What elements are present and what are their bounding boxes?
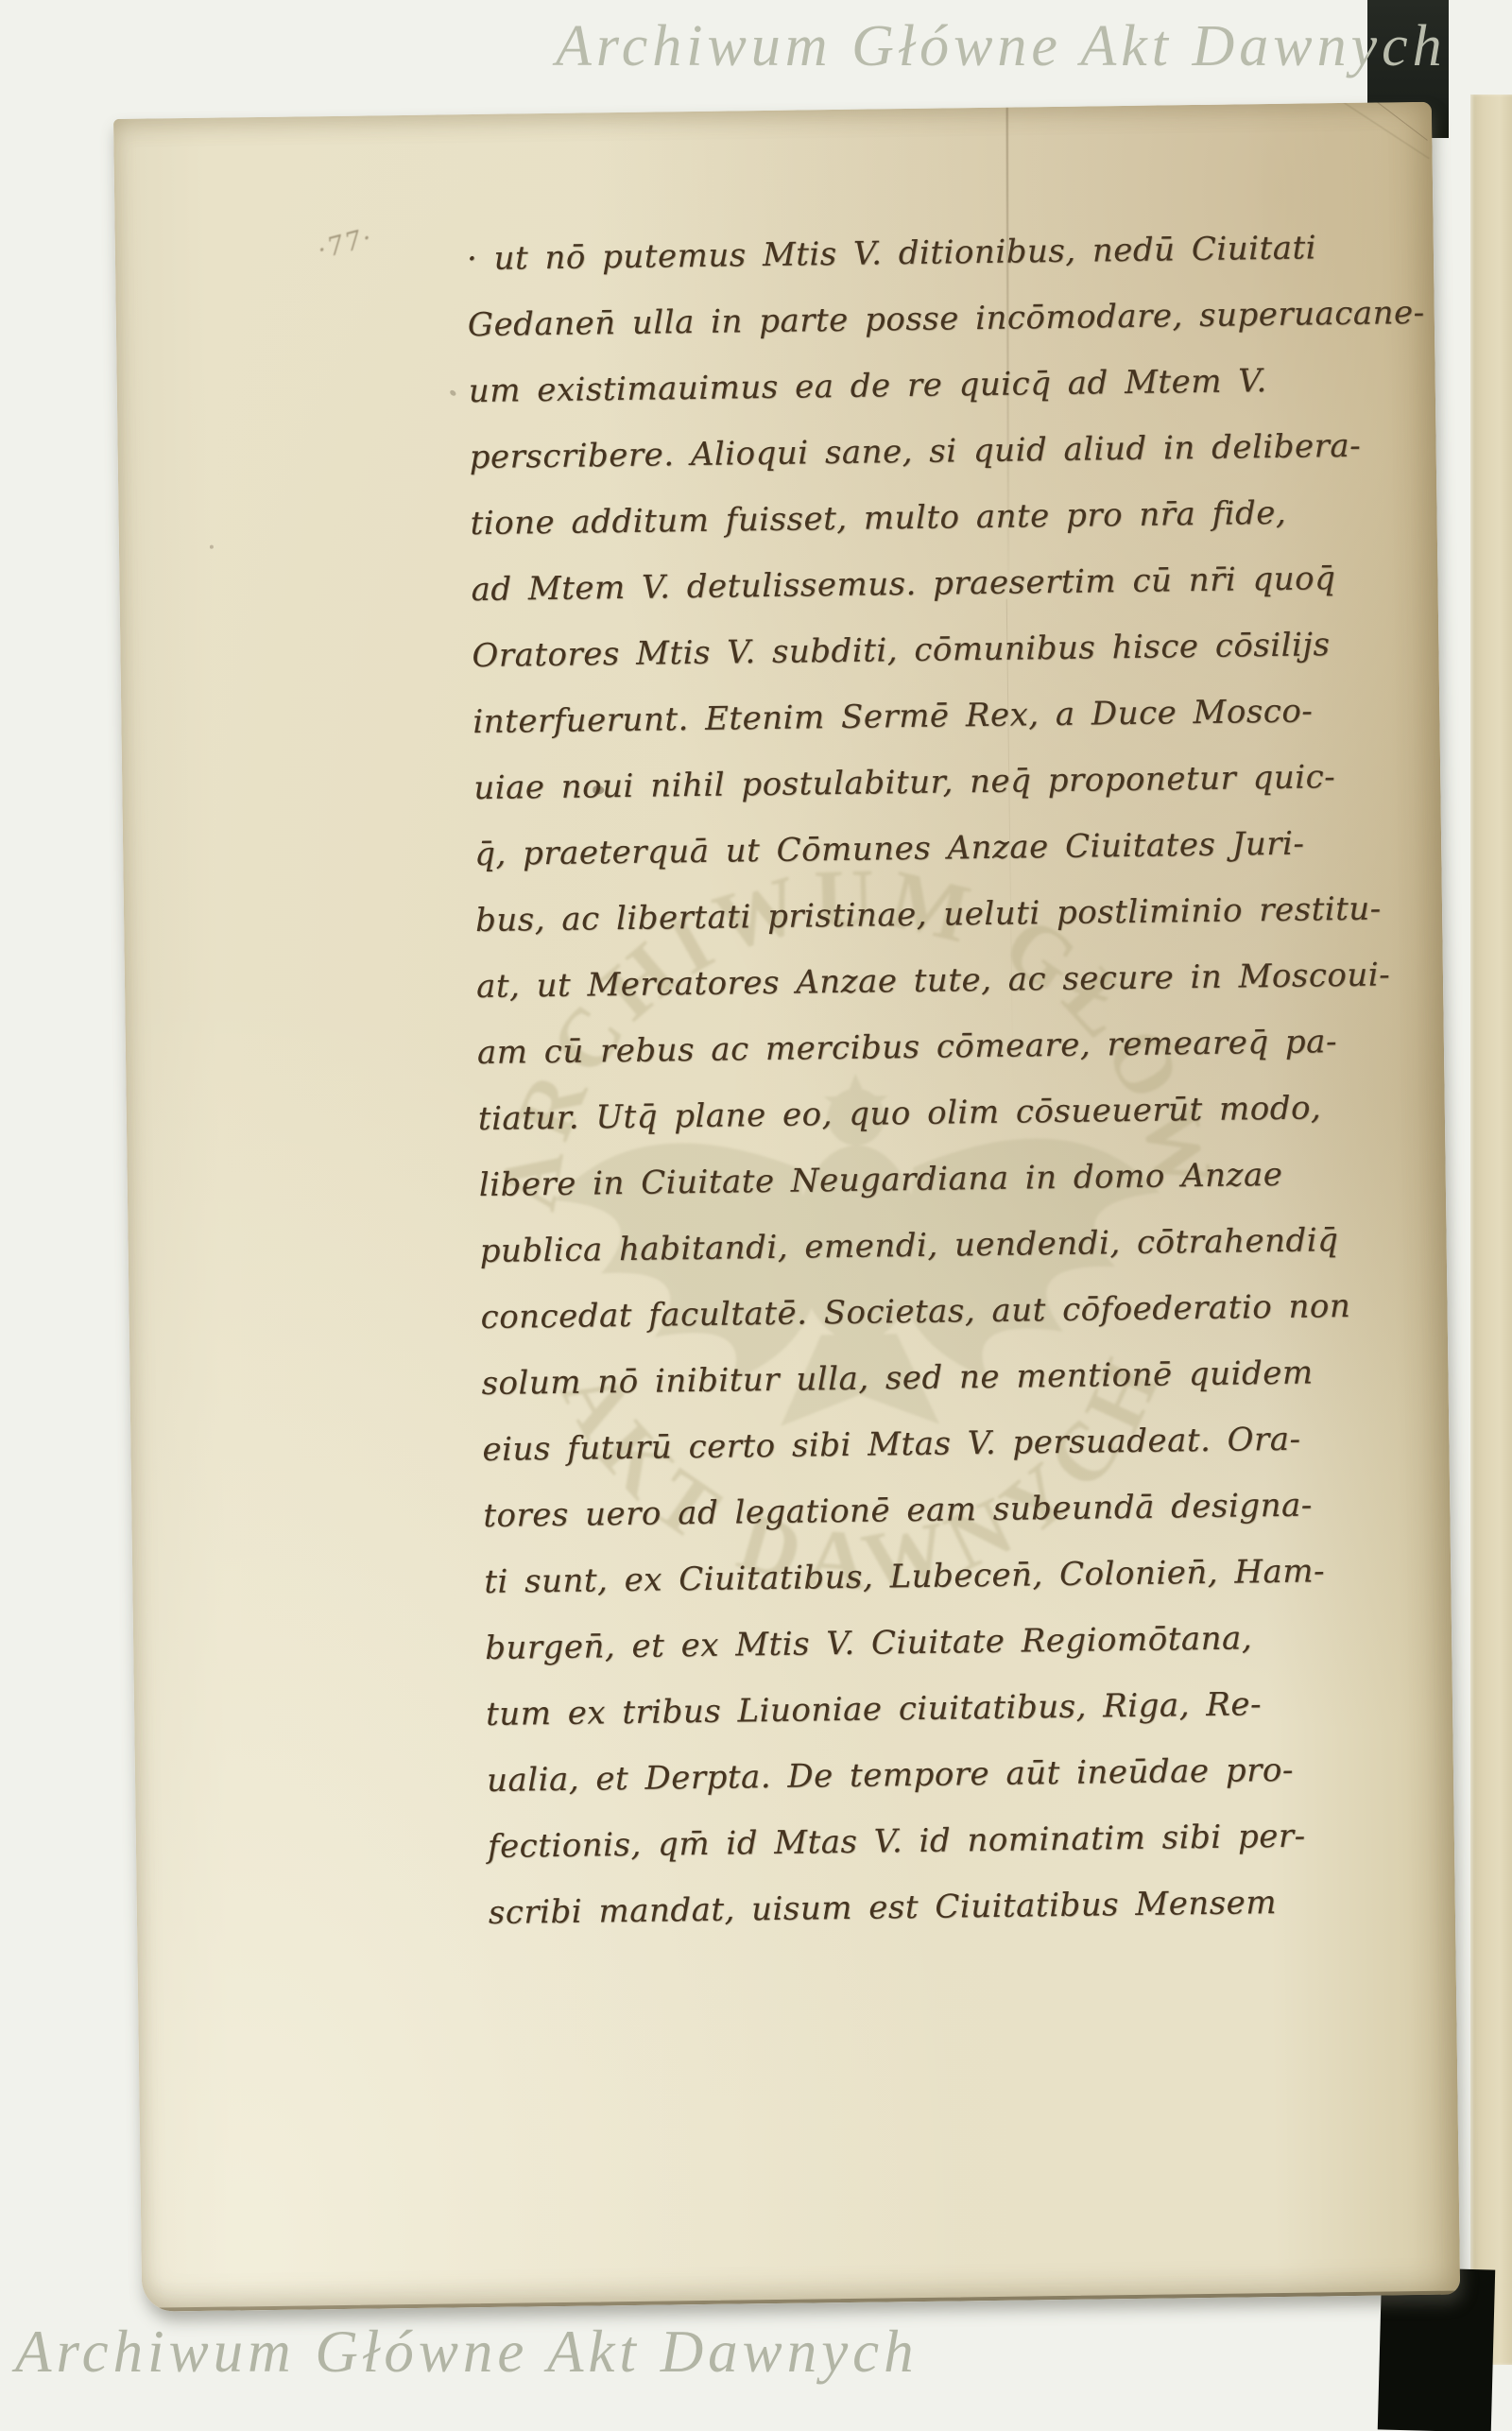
manuscript-line: solum nō inibitur ulla, sed ne mentionē … <box>481 1338 1389 1417</box>
manuscript-line: libere in Ciuitate Neugardiana in domo A… <box>478 1140 1386 1218</box>
archive-watermark-bottom: Archiwum Główne Akt Dawnych <box>15 2318 919 2387</box>
manuscript-line: uiae noui nihil postulabitur, neq̄ propo… <box>473 744 1382 822</box>
manuscript-line: am cū rebus ac mercibus cōmeare, remeare… <box>477 1008 1385 1086</box>
manuscript-line: scribi mandat, uisum est Ciuitatibus Men… <box>488 1868 1396 1946</box>
manuscript-line: um existimauimus ea de re quicq̄ ad Mtem… <box>468 347 1376 425</box>
manuscript-line: ad Mtem V. detulissemus. praesertim cū n… <box>471 545 1379 624</box>
archive-scan-viewport: { "watermark": { "top_text": "Archiwum G… <box>0 0 1512 2431</box>
manuscript-line: interfuerunt. Etenim Sermē Rex, a Duce M… <box>472 678 1381 756</box>
manuscript-line: at, ut Mercatores Anzae tute, ac secure … <box>476 941 1384 1020</box>
manuscript-line: · ut nō putemus Mtis V. ditionibus, nedū… <box>467 215 1375 293</box>
manuscript-line: tione additum fuisset, multo ante pro nr… <box>470 479 1378 558</box>
manuscript-line: tores uero ad legationē eam subeundā des… <box>483 1471 1391 1549</box>
next-leaf-edge <box>1470 95 1512 2365</box>
manuscript-line: ualia, et Derpta. De tempore aūt ineūdae… <box>487 1735 1395 1814</box>
manuscript-line: fectionis, qm̄ id Mtas V. id nominatim s… <box>488 1802 1396 1880</box>
manuscript-line: tum ex tribus Liuoniae ciuitatibus, Riga… <box>486 1669 1394 1748</box>
manuscript-line: concedat facultatē. Societas, aut cōfoed… <box>480 1272 1388 1351</box>
manuscript-line: perscribere. Alioqui sane, si quid aliud… <box>469 413 1377 491</box>
manuscript-line: publica habitandi, emendi, uendendi, cōt… <box>479 1206 1387 1284</box>
manuscript-line: Oratores Mtis V. subditi, cōmunibus hisc… <box>472 612 1380 690</box>
manuscript-line: q̄, praeterquā ut Cōmunes Anzae Ciuitate… <box>474 810 1383 888</box>
manuscript-page: ARCHIWUM GŁÓWNE AKT DAWNYCH ·77· · ut nō… <box>113 102 1460 2312</box>
manuscript-line: ti sunt, ex Ciuitatibus, Lubecen̄, Colon… <box>484 1537 1392 1615</box>
manuscript-line: eius futurū certo sibi Mtas V. persuadea… <box>482 1405 1390 1483</box>
manuscript-line: Gedanen̄ ulla in parte posse incōmodare,… <box>467 281 1375 359</box>
manuscript-line: bus, ac libertati pristinae, ueluti post… <box>475 875 1383 954</box>
manuscript-line: tiatur. Utq̄ plane eo, quo olim cōsueuer… <box>477 1074 1385 1152</box>
manuscript-line: burgen̄, et ex Mtis V. Ciuitate Regiomōt… <box>485 1603 1393 1681</box>
archive-watermark-top: Archiwum Główne Akt Dawnych <box>556 13 1447 80</box>
manuscript-text-block: · ut nō putemus Mtis V. ditionibus, nedū… <box>467 215 1397 1946</box>
ink-speck <box>210 545 214 549</box>
